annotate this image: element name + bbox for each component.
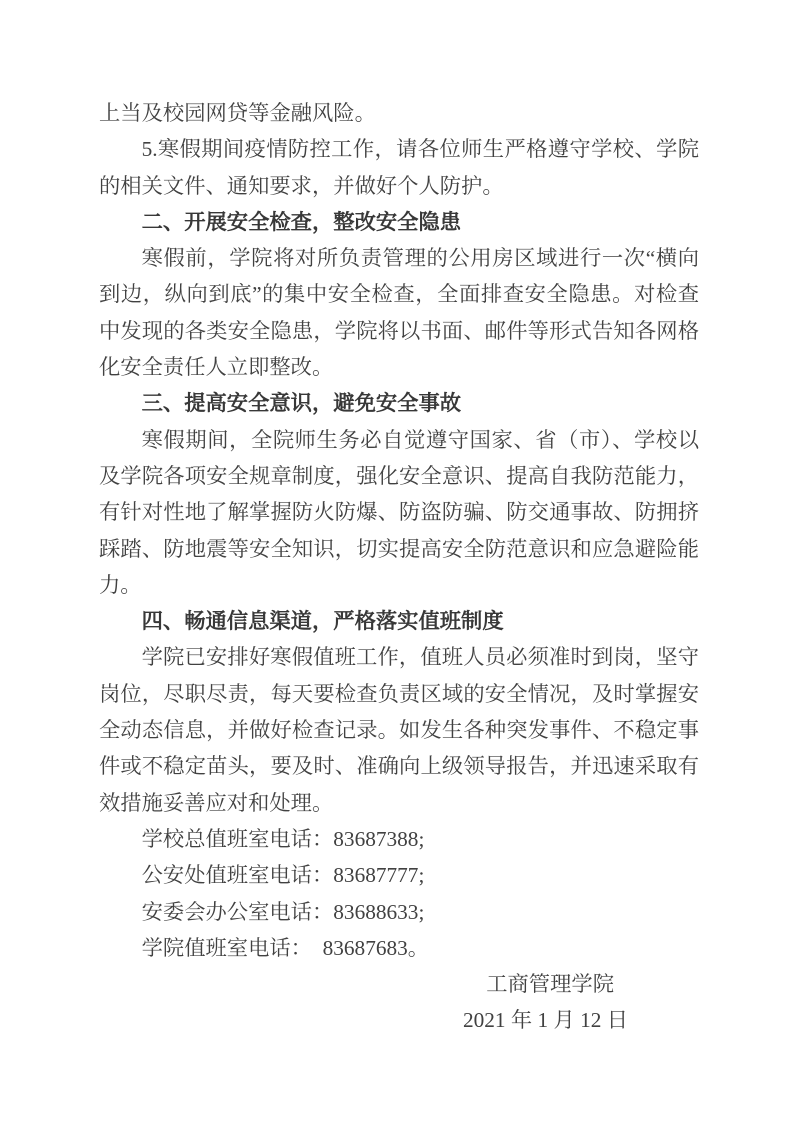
doc-line-body-10: 及学院各项安全规章制度，强化安全意识、提高自我防范能力， bbox=[99, 458, 699, 494]
doc-line-body-17: 全动态信息，并做好检查记录。如发生各种突发事件、不稳定事 bbox=[99, 712, 699, 748]
doc-line-heading-14: 四、畅通信息渠道，严格落实值班制度 bbox=[99, 603, 699, 639]
doc-line-signature-date-25: 2021 年 1 月 12 日 bbox=[99, 1002, 699, 1038]
doc-line-body-13: 力。 bbox=[99, 567, 699, 603]
document-body: 上当及校园网贷等金融风险。5.寒假期间疫情防控工作，请各位师生严格遵守学校、学院… bbox=[99, 95, 699, 1039]
doc-line-body-12: 踩踏、防地震等安全知识，切实提高安全防范意识和应急避险能 bbox=[99, 531, 699, 567]
doc-line-body-6: 中发现的各类安全隐患，学院将以书面、邮件等形式告知各网格 bbox=[99, 313, 699, 349]
doc-line-heading-8: 三、提高安全意识，避免安全事故 bbox=[99, 385, 699, 421]
doc-line-body-2: 的相关文件、通知要求，并做好个人防护。 bbox=[99, 168, 699, 204]
doc-line-body-4: 寒假前，学院将对所负责管理的公用房区域进行一次“横向 bbox=[99, 240, 699, 276]
doc-line-body-16: 岗位，尽职尽责，每天要检查负责区域的安全情况，及时掌握安 bbox=[99, 676, 699, 712]
doc-line-body-0: 上当及校园网贷等金融风险。 bbox=[99, 95, 699, 131]
doc-line-body-9: 寒假期间，全院师生务必自觉遵守国家、省（市）、学校以 bbox=[99, 422, 699, 458]
doc-line-phone-22: 安委会办公室电话：83688633; bbox=[99, 894, 699, 930]
doc-line-body-19: 效措施妥善应对和处理。 bbox=[99, 785, 699, 821]
doc-line-phone-23: 学院值班室电话： 83687683。 bbox=[99, 930, 699, 966]
document-page: 上当及校园网贷等金融风险。5.寒假期间疫情防控工作，请各位师生严格遵守学校、学院… bbox=[0, 0, 799, 1131]
doc-line-phone-20: 学校总值班室电话：83687388; bbox=[99, 821, 699, 857]
doc-line-body-5: 到边，纵向到底”的集中安全检查，全面排查安全隐患。对检查 bbox=[99, 276, 699, 312]
doc-line-body-11: 有针对性地了解掌握防火防爆、防盗防骗、防交通事故、防拥挤 bbox=[99, 494, 699, 530]
doc-line-phone-21: 公安处值班室电话：83687777; bbox=[99, 857, 699, 893]
doc-line-heading-3: 二、开展安全检查，整改安全隐患 bbox=[99, 204, 699, 240]
doc-line-body-1: 5.寒假期间疫情防控工作，请各位师生严格遵守学校、学院 bbox=[99, 131, 699, 167]
doc-line-body-18: 件或不稳定苗头，要及时、准确向上级领导报告，并迅速采取有 bbox=[99, 748, 699, 784]
doc-line-body-7: 化安全责任人立即整改。 bbox=[99, 349, 699, 385]
doc-line-body-15: 学院已安排好寒假值班工作，值班人员必须准时到岗，坚守 bbox=[99, 639, 699, 675]
doc-line-signature-org-24: 工商管理学院 bbox=[99, 966, 699, 1002]
